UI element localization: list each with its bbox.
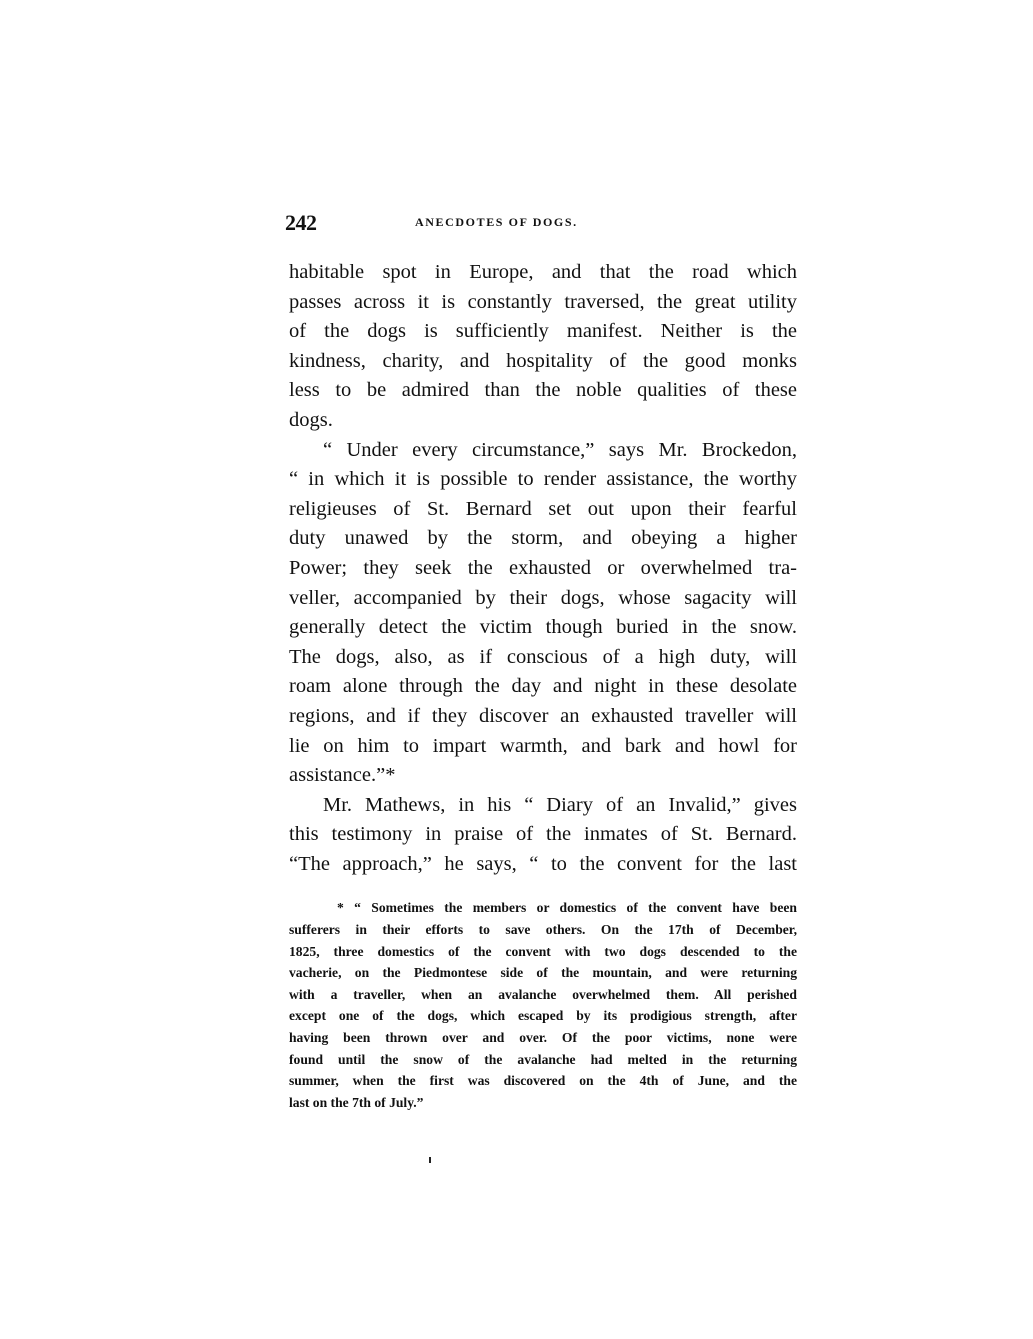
footnote-line: last on the 7th of July.” (289, 1092, 797, 1114)
book-page: 242 ANECDOTES OF DOGS. habitable spot in… (289, 210, 797, 1113)
body-line: The dogs, also, as if conscious of a hig… (289, 643, 797, 673)
body-line: assistance.”* (289, 761, 797, 791)
body-line: regions, and if they discover an exhaust… (289, 702, 797, 732)
body-line: generally detect the victim though burie… (289, 613, 797, 643)
body-line: “ in which it is possible to render assi… (289, 465, 797, 495)
body-line: kindness, charity, and hospitality of th… (289, 347, 797, 377)
body-line: habitable spot in Europe, and that the r… (289, 258, 797, 288)
body-text: habitable spot in Europe, and that the r… (289, 258, 797, 879)
body-line: “The approach,” he says, “ to the conven… (289, 850, 797, 880)
printer-mark (429, 1157, 431, 1163)
footnote-line: vacherie, on the Piedmontese side of the… (289, 962, 797, 984)
body-line: veller, accompanied by their dogs, whose… (289, 584, 797, 614)
body-line: of the dogs is sufficiently manifest. Ne… (289, 317, 797, 347)
body-line: Mr. Mathews, in his “ Diary of an Invali… (289, 791, 797, 821)
footnote-line: 1825, three domestics of the convent wit… (289, 941, 797, 963)
footnote: * “ Sometimes the members or domestics o… (289, 897, 797, 1113)
body-line: religieuses of St. Bernard set out upon … (289, 495, 797, 525)
body-line: less to be admired than the noble qualit… (289, 376, 797, 406)
body-line: lie on him to impart warmth, and bark an… (289, 732, 797, 762)
body-line: “ Under every circumstance,” says Mr. Br… (289, 436, 797, 466)
body-line: this testimony in praise of the inmates … (289, 820, 797, 850)
footnote-line: sufferers in their efforts to save other… (289, 919, 797, 941)
body-line: passes across it is constantly traversed… (289, 288, 797, 318)
page-number: 242 (285, 210, 317, 236)
body-line: duty unawed by the storm, and obeying a … (289, 524, 797, 554)
running-title: ANECDOTES OF DOGS. (415, 215, 578, 230)
footnote-line: with a traveller, when an avalanche over… (289, 984, 797, 1006)
body-line: roam alone through the day and night in … (289, 672, 797, 702)
footnote-line: summer, when the first was discovered on… (289, 1070, 797, 1092)
body-line: Power; they seek the exhausted or overwh… (289, 554, 797, 584)
footnote-line: found until the snow of the avalanche ha… (289, 1049, 797, 1071)
footnote-line: except one of the dogs, which escaped by… (289, 1005, 797, 1027)
running-head: 242 ANECDOTES OF DOGS. (289, 210, 797, 240)
footnote-line: having been thrown over and over. Of the… (289, 1027, 797, 1049)
footnote-line: * “ Sometimes the members or domestics o… (289, 897, 797, 919)
body-line: dogs. (289, 406, 797, 436)
